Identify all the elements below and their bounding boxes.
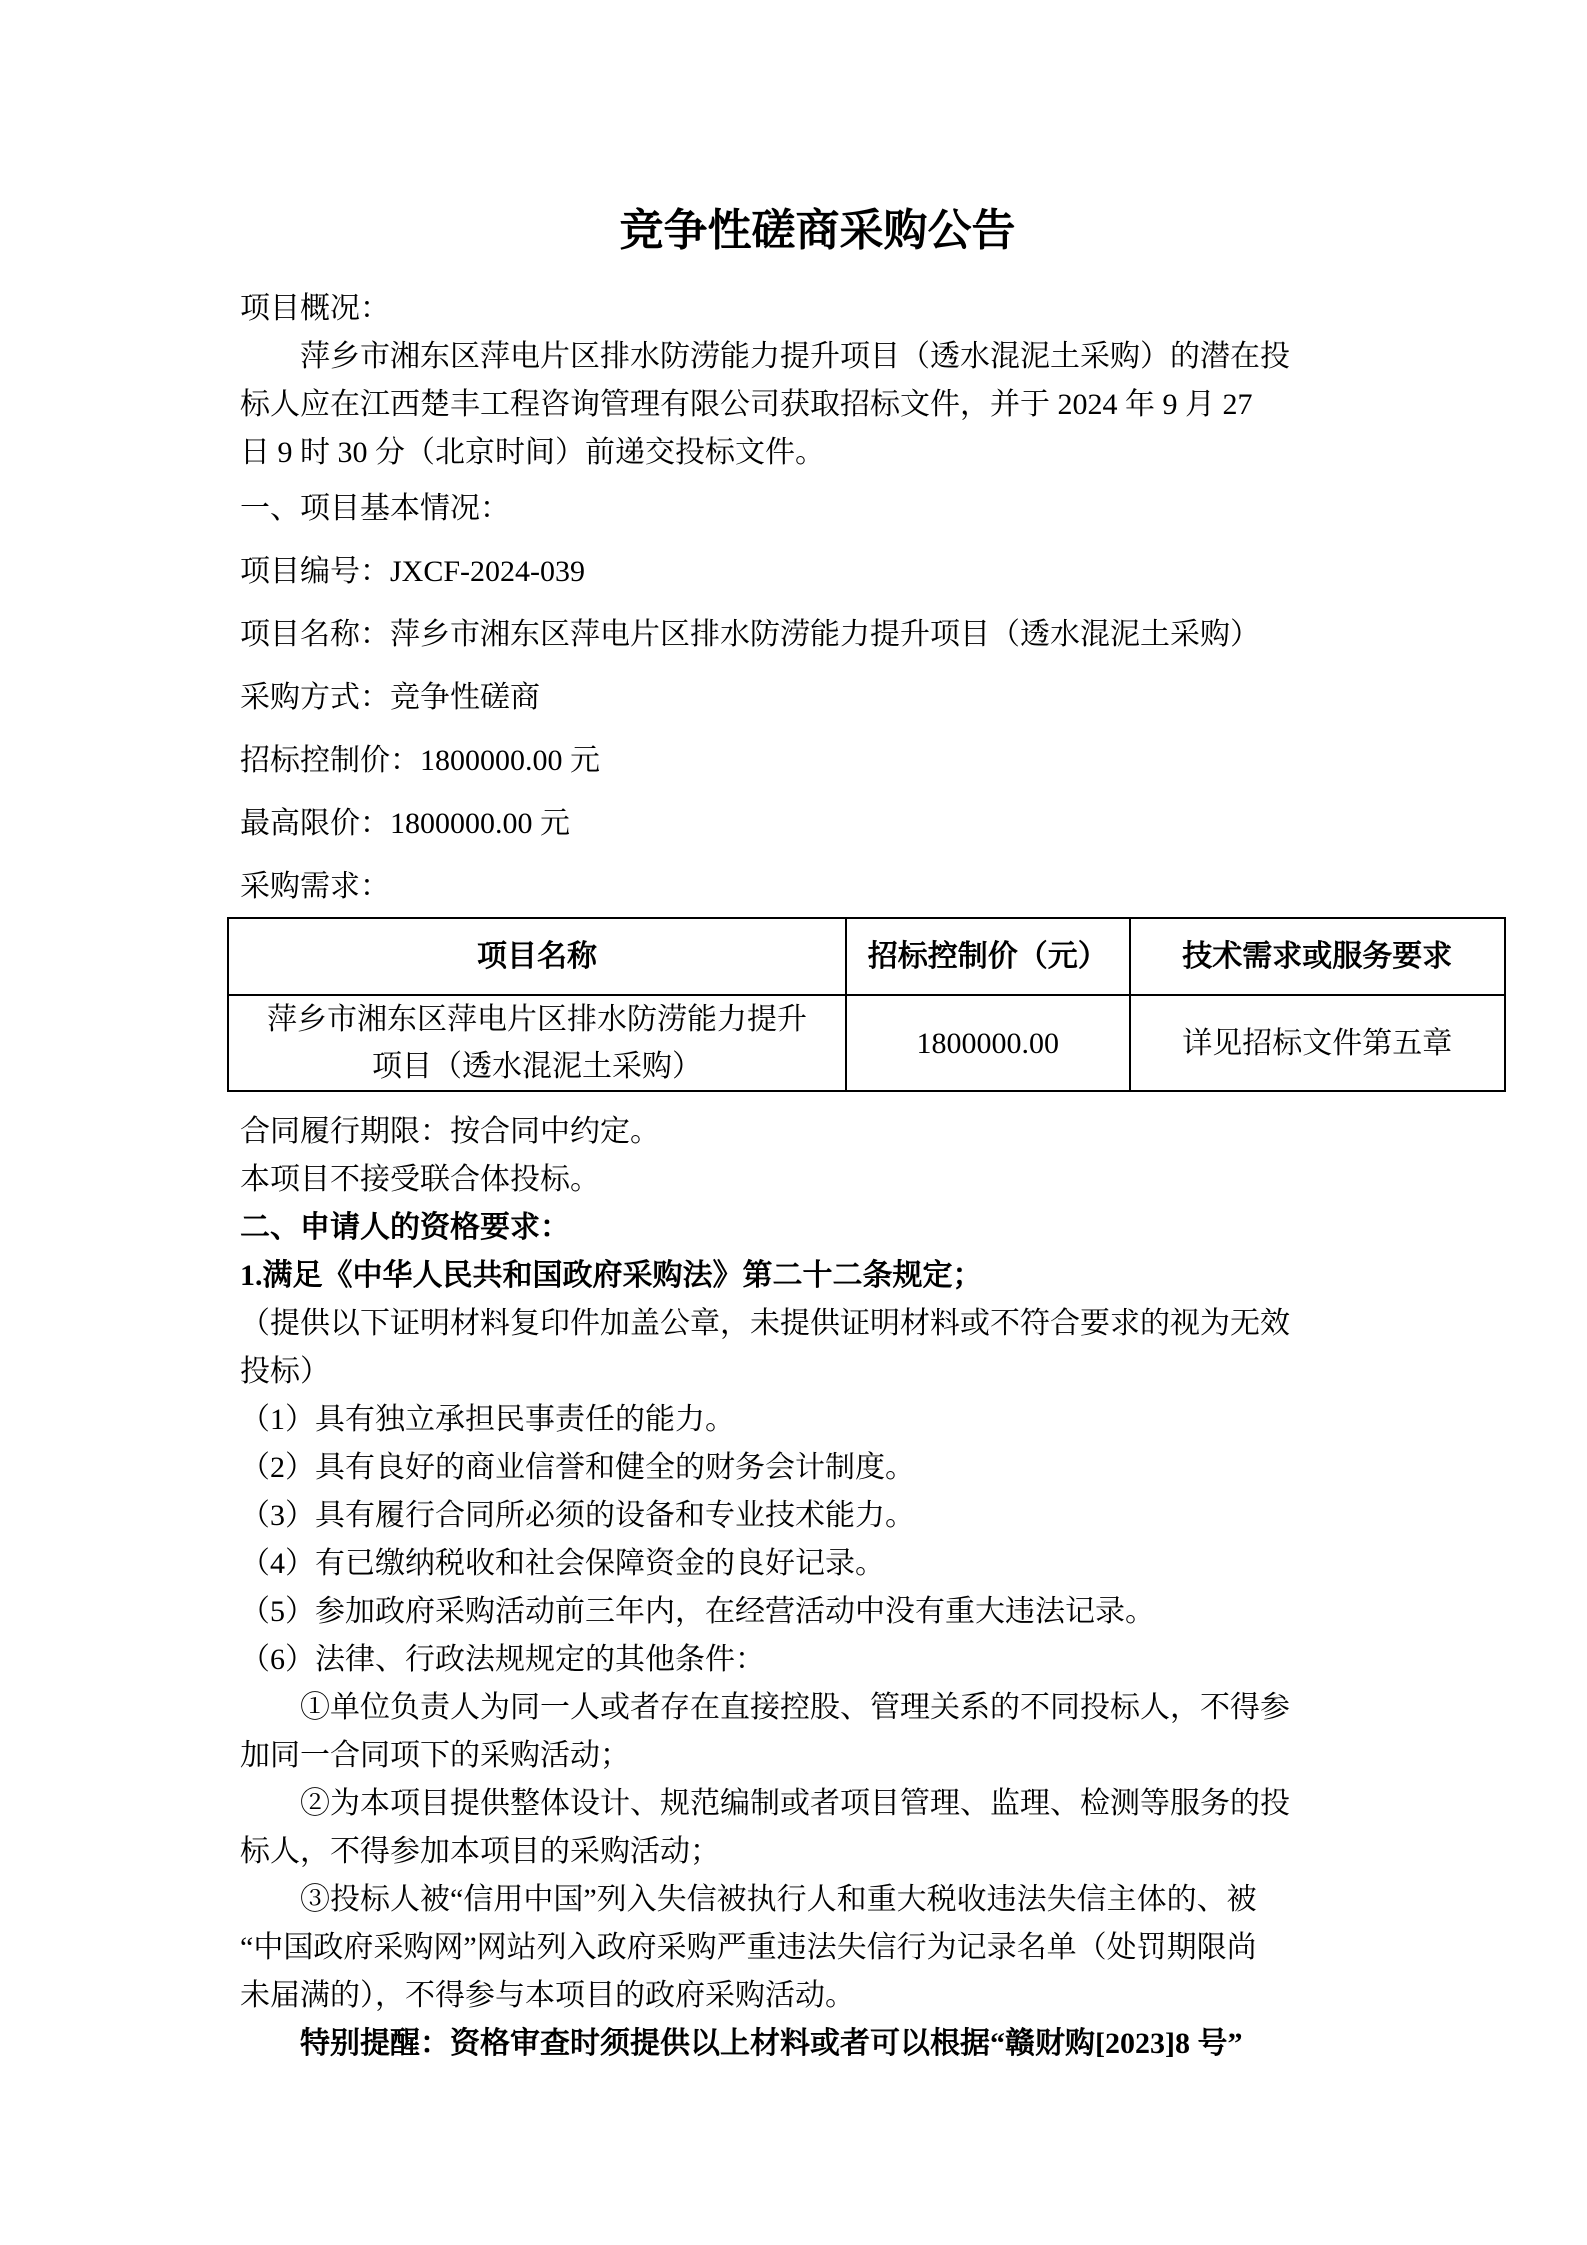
project-name-line: 项目名称：萍乡市湘东区萍电片区排水防涝能力提升项目（透水混泥土采购）: [240, 611, 1345, 659]
project-number-line: 项目编号：JXCF-2024-039: [240, 548, 1345, 596]
qualification-item-1: （1）具有独立承担民事责任的能力。: [240, 1396, 1345, 1444]
table-header-requirement: 技术需求或服务要求: [1130, 918, 1505, 995]
procurement-method-line: 采购方式：竞争性磋商: [240, 674, 1345, 722]
table-header-project-name: 项目名称: [228, 918, 846, 995]
page-title: 竞争性磋商采购公告: [240, 205, 1345, 257]
table-cell-requirement: 详见招标文件第五章: [1130, 995, 1505, 1091]
overview-label: 项目概况：: [240, 285, 1345, 333]
qualification-rule1: 1.满足《中华人民共和国政府采购法》第二十二条规定；: [240, 1252, 1345, 1300]
max-price-line: 最高限价：1800000.00 元: [240, 800, 1345, 848]
qualification-item-3: （3）具有履行合同所必须的设备和专业技术能力。: [240, 1492, 1345, 1540]
no-consortium-line: 本项目不接受联合体投标。: [240, 1156, 1345, 1204]
special-reminder-line: 特别提醒：资格审查时须提供以上材料或者可以根据“赣财购[2023]8 号”: [240, 2020, 1345, 2068]
qualification-heading: 二、申请人的资格要求：: [240, 1204, 1345, 1252]
qualification-item-4: （4）有已缴纳税收和社会保障资金的良好记录。: [240, 1540, 1345, 1588]
qualification-item-5: （5）参加政府采购活动前三年内，在经营活动中没有重大违法记录。: [240, 1588, 1345, 1636]
qualification-subitem-1: ①单位负责人为同一人或者存在直接控股、管理关系的不同投标人，不得参 加同一合同项…: [240, 1684, 1345, 1780]
basic-info-heading: 一、项目基本情况：: [240, 485, 1345, 533]
qualification-item-6: （6）法律、行政法规规定的其他条件：: [240, 1636, 1345, 1684]
table-header-row: 项目名称 招标控制价（元） 技术需求或服务要求: [228, 918, 1505, 995]
document-page: 竞争性磋商采购公告 项目概况： 萍乡市湘东区萍电片区排水防涝能力提升项目（透水混…: [0, 0, 1587, 2068]
requirements-table: 项目名称 招标控制价（元） 技术需求或服务要求 萍乡市湘东区萍电片区排水防涝能力…: [227, 917, 1506, 1092]
table-cell-project-name: 萍乡市湘东区萍电片区排水防涝能力提升 项目（透水混泥土采购）: [228, 995, 846, 1091]
qualification-subitem-3: ③投标人被“信用中国”列入失信被执行人和重大税收违法失信主体的、被 “中国政府采…: [240, 1876, 1345, 2020]
table-cell-price: 1800000.00: [846, 995, 1129, 1091]
control-price-line: 招标控制价：1800000.00 元: [240, 737, 1345, 785]
overview-paragraph: 萍乡市湘东区萍电片区排水防涝能力提升项目（透水混泥土采购）的潜在投 标人应在江西…: [240, 333, 1345, 477]
qualification-note: （提供以下证明材料复印件加盖公章，未提供证明材料或不符合要求的视为无效 投标）: [240, 1300, 1345, 1396]
demand-label: 采购需求：: [240, 863, 1345, 911]
contract-term-line: 合同履行期限：按合同中约定。: [240, 1108, 1345, 1156]
qualification-item-2: （2）具有良好的商业信誉和健全的财务会计制度。: [240, 1444, 1345, 1492]
qualification-subitem-2: ②为本项目提供整体设计、规范编制或者项目管理、监理、检测等服务的投 标人，不得参…: [240, 1780, 1345, 1876]
table-row: 萍乡市湘东区萍电片区排水防涝能力提升 项目（透水混泥土采购） 1800000.0…: [228, 995, 1505, 1091]
table-header-control-price: 招标控制价（元）: [846, 918, 1129, 995]
